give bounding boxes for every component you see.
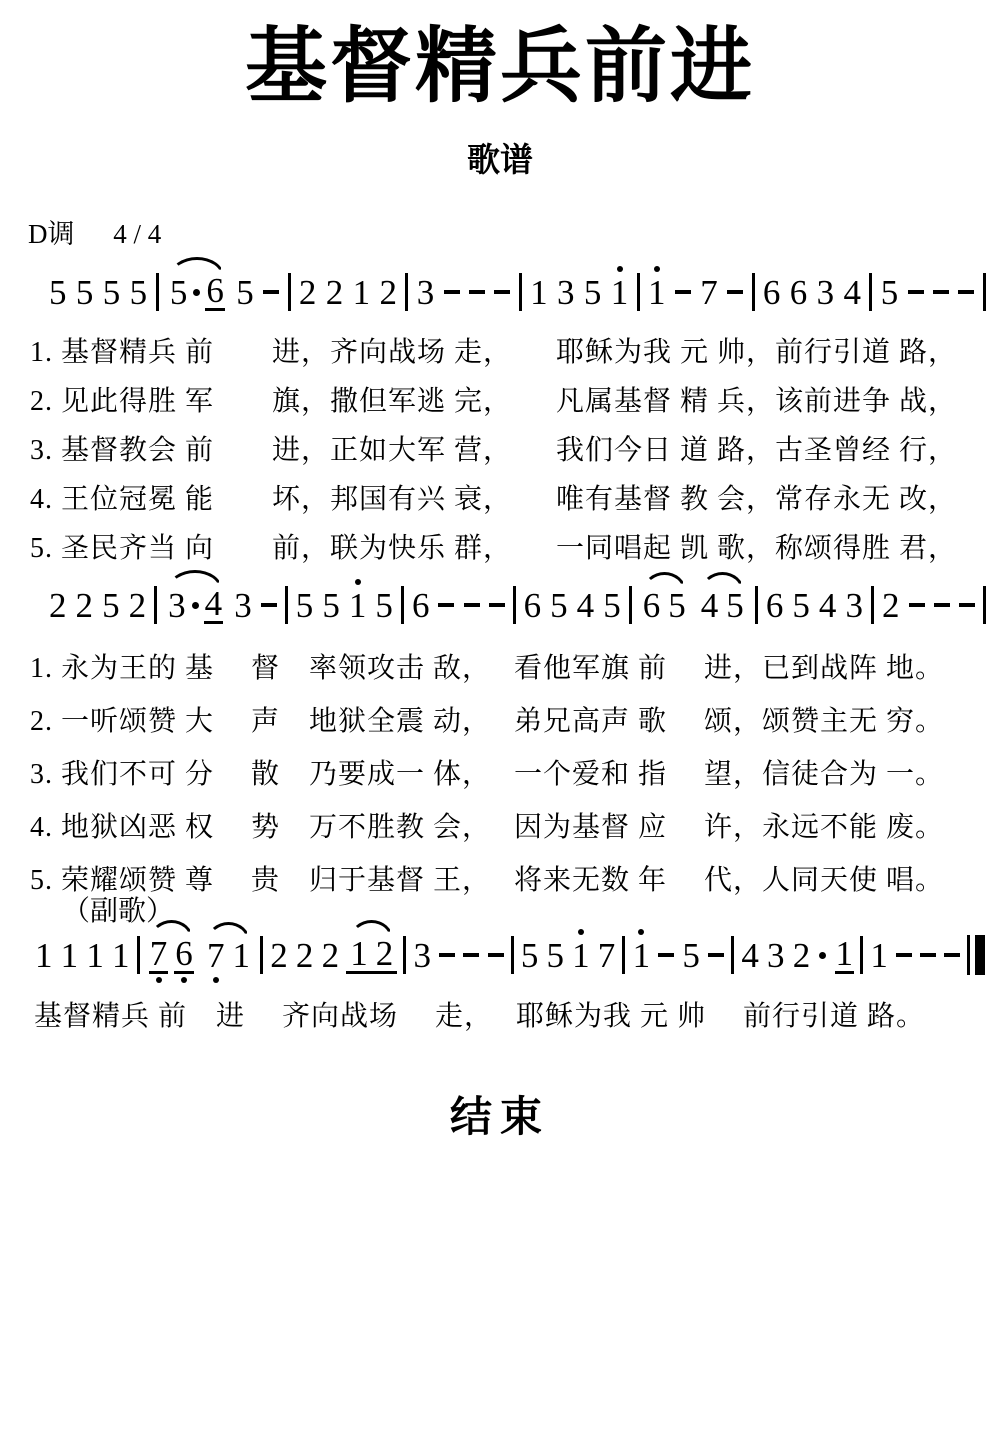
barline <box>629 586 632 624</box>
note-1: 1 <box>869 938 889 973</box>
note-2: 2 <box>792 938 812 973</box>
barline <box>622 936 625 974</box>
verse2-line-1: 1. 永为王的 基 督 率领攻击 敌， 看他军旗 前 进，已到战阵 地。 <box>30 646 944 686</box>
slur-group: 45 <box>697 588 748 623</box>
note-2: 2 <box>881 588 901 623</box>
barline <box>156 273 159 311</box>
barline <box>137 936 140 974</box>
note-7: 7 <box>206 938 226 973</box>
note-7: 7 <box>699 275 719 310</box>
dash <box>469 290 485 294</box>
note-5: 5 <box>791 588 811 623</box>
note-1: 1 <box>610 275 630 310</box>
note-1: 1 <box>60 938 80 973</box>
dash <box>959 603 975 607</box>
verse2-line-2: 2. 一听颂赞 大 声 地狱全震 动， 弟兄高声 歌 颂，颂赞主无 穷。 <box>30 699 944 739</box>
dash <box>658 953 674 957</box>
note-5: 5 <box>602 588 622 623</box>
note-6: 6 <box>642 588 662 623</box>
music-line-2: 2252343551566545654565432 <box>48 583 986 627</box>
note-1: 1 <box>231 938 251 973</box>
note-1: 1 <box>647 275 667 310</box>
slur-group: 56 <box>166 273 228 311</box>
note-6: 6 <box>762 275 782 310</box>
barline <box>637 273 640 311</box>
note-4: 4 <box>700 588 720 623</box>
note-2: 2 <box>375 936 395 971</box>
note-1: 1 <box>352 275 372 310</box>
dash <box>708 953 724 957</box>
note-4: 4 <box>843 275 863 310</box>
slur-group: 34 <box>164 586 226 624</box>
page-subtitle: 歌谱 <box>0 134 1000 181</box>
note-3: 3 <box>844 588 864 623</box>
note-7: 7 <box>597 938 617 973</box>
dash <box>896 953 912 957</box>
dash <box>488 953 504 957</box>
page-title: 基督精兵前进 <box>0 22 1000 112</box>
dash <box>261 603 277 607</box>
slur-group: 76 <box>146 936 197 974</box>
barline <box>731 936 734 974</box>
note-2: 2 <box>379 275 399 310</box>
dash <box>958 290 974 294</box>
note-2: 2 <box>321 938 341 973</box>
note-2: 2 <box>295 938 315 973</box>
note-3: 3 <box>416 275 436 310</box>
note-4: 4 <box>818 588 838 623</box>
barline <box>983 273 986 311</box>
final-barline <box>967 935 985 975</box>
note-2: 2 <box>75 588 95 623</box>
note-2: 2 <box>298 275 318 310</box>
dash <box>908 290 924 294</box>
dash <box>438 603 454 607</box>
key-signature: D调 <box>28 219 75 249</box>
note-4: 4 <box>740 938 760 973</box>
note-2: 2 <box>128 588 148 623</box>
augmentation-dot <box>192 602 199 609</box>
music-line-1: 55555652212313511766345 <box>48 270 986 314</box>
note-6: 6 <box>174 936 194 974</box>
note-6: 6 <box>765 588 785 623</box>
barline <box>288 273 291 311</box>
augmentation-dot <box>819 952 826 959</box>
key-meter-line: D调 4 / 4 <box>28 212 161 251</box>
note-7: 7 <box>149 936 169 974</box>
note-5: 5 <box>725 588 745 623</box>
note-6: 6 <box>205 273 225 311</box>
note-1: 1 <box>34 938 54 973</box>
verse1-line-5: 5. 圣民齐当 向 前，联为快乐 群， 一同唱起 凯 歌，称颂得胜 君， <box>30 526 957 566</box>
note-5: 5 <box>295 588 315 623</box>
barline <box>755 586 758 624</box>
barline <box>752 273 755 311</box>
slur-group: 65 <box>639 588 690 623</box>
note-1: 1 <box>632 938 652 973</box>
final-barline-thin <box>967 935 970 975</box>
music-line-3: 1111767122212355171543211 <box>34 933 986 977</box>
note-1: 1 <box>85 938 105 973</box>
verse2-line-3: 3. 我们不可 分 散 乃要成一 体， 一个爱和 指 望，信徒合为 一。 <box>30 752 944 792</box>
slur-group: 71 <box>203 938 254 973</box>
augmentation-dot <box>193 289 200 296</box>
chorus-lyric: 基督精兵 前 进 齐向战场 走， 耶稣为我 元 帅 前行引道 路。 <box>34 994 925 1034</box>
end-label: 结束 <box>0 1084 1000 1144</box>
dash <box>489 603 505 607</box>
dash <box>463 953 479 957</box>
note-3: 3 <box>816 275 836 310</box>
dash <box>934 603 950 607</box>
note-1: 1 <box>111 938 131 973</box>
note-2: 2 <box>325 275 345 310</box>
barline <box>260 936 263 974</box>
barline <box>403 936 406 974</box>
dash <box>494 290 510 294</box>
barline <box>871 586 874 624</box>
barline <box>405 273 408 311</box>
time-signature: 4 / 4 <box>113 219 161 249</box>
verse1-line-3: 3. 基督教会 前 进，正如大军 营， 我们今日 道 路，古圣曾经 行， <box>30 428 957 468</box>
note-6: 6 <box>523 588 543 623</box>
chorus-label: （副歌） <box>62 889 174 929</box>
barline <box>285 586 288 624</box>
note-4: 4 <box>576 588 596 623</box>
note-2: 2 <box>48 588 68 623</box>
barline <box>860 936 863 974</box>
barline <box>154 586 157 624</box>
note-5: 5 <box>235 275 255 310</box>
note-5: 5 <box>101 588 121 623</box>
note-3: 3 <box>766 938 786 973</box>
note-5: 5 <box>681 938 701 973</box>
note-5: 5 <box>321 588 341 623</box>
note-3: 3 <box>167 588 187 623</box>
sheet-music-page: 基督精兵前进 歌谱 D调 4 / 4 555556522123135117663… <box>0 0 1000 1430</box>
dash <box>439 953 455 957</box>
note-5: 5 <box>75 275 95 310</box>
note-3: 3 <box>233 588 253 623</box>
note-6: 6 <box>411 588 431 623</box>
verse1-line-2: 2. 见此得胜 军 旗，撒但军逃 完， 凡属基督 精 兵，该前进争 战， <box>30 379 957 419</box>
note-5: 5 <box>374 588 394 623</box>
note-3: 3 <box>556 275 576 310</box>
note-4: 4 <box>204 586 224 624</box>
barline <box>511 936 514 974</box>
final-barline-thick <box>975 935 985 975</box>
barline <box>519 273 522 311</box>
note-2: 2 <box>269 938 289 973</box>
note-1: 1 <box>835 936 855 974</box>
dash <box>675 290 691 294</box>
dash <box>920 953 936 957</box>
verse1-line-1: 1. 基督精兵 前 进，齐向战场 走， 耶稣为我 元 帅，前行引道 路， <box>30 330 957 370</box>
note-1: 1 <box>571 938 591 973</box>
note-1: 1 <box>349 936 369 971</box>
note-5: 5 <box>545 938 565 973</box>
slur-group: 12 <box>346 936 397 974</box>
dash <box>909 603 925 607</box>
verse2-line-4: 4. 地狱凶恶 权 势 万不胜教 会， 因为基督 应 许，永远不能 废。 <box>30 805 944 845</box>
verse1-line-4: 4. 王位冠冕 能 坏，邦国有兴 衰， 唯有基督 教 会，常存永无 改， <box>30 477 957 517</box>
note-5: 5 <box>48 275 68 310</box>
note-3: 3 <box>413 938 433 973</box>
note-5: 5 <box>549 588 569 623</box>
barline <box>983 586 986 624</box>
note-1: 1 <box>348 588 368 623</box>
note-5: 5 <box>583 275 603 310</box>
note-5: 5 <box>129 275 149 310</box>
note-6: 6 <box>789 275 809 310</box>
dash <box>464 603 480 607</box>
barline <box>869 273 872 311</box>
dash <box>263 290 279 294</box>
dash <box>944 953 960 957</box>
barline <box>401 586 404 624</box>
note-5: 5 <box>102 275 122 310</box>
dash <box>933 290 949 294</box>
note-1: 1 <box>529 275 549 310</box>
barline <box>513 586 516 624</box>
dash <box>727 290 743 294</box>
note-5: 5 <box>667 588 687 623</box>
dash <box>444 290 460 294</box>
note-5: 5 <box>880 275 900 310</box>
note-5: 5 <box>520 938 540 973</box>
note-5: 5 <box>169 275 189 310</box>
